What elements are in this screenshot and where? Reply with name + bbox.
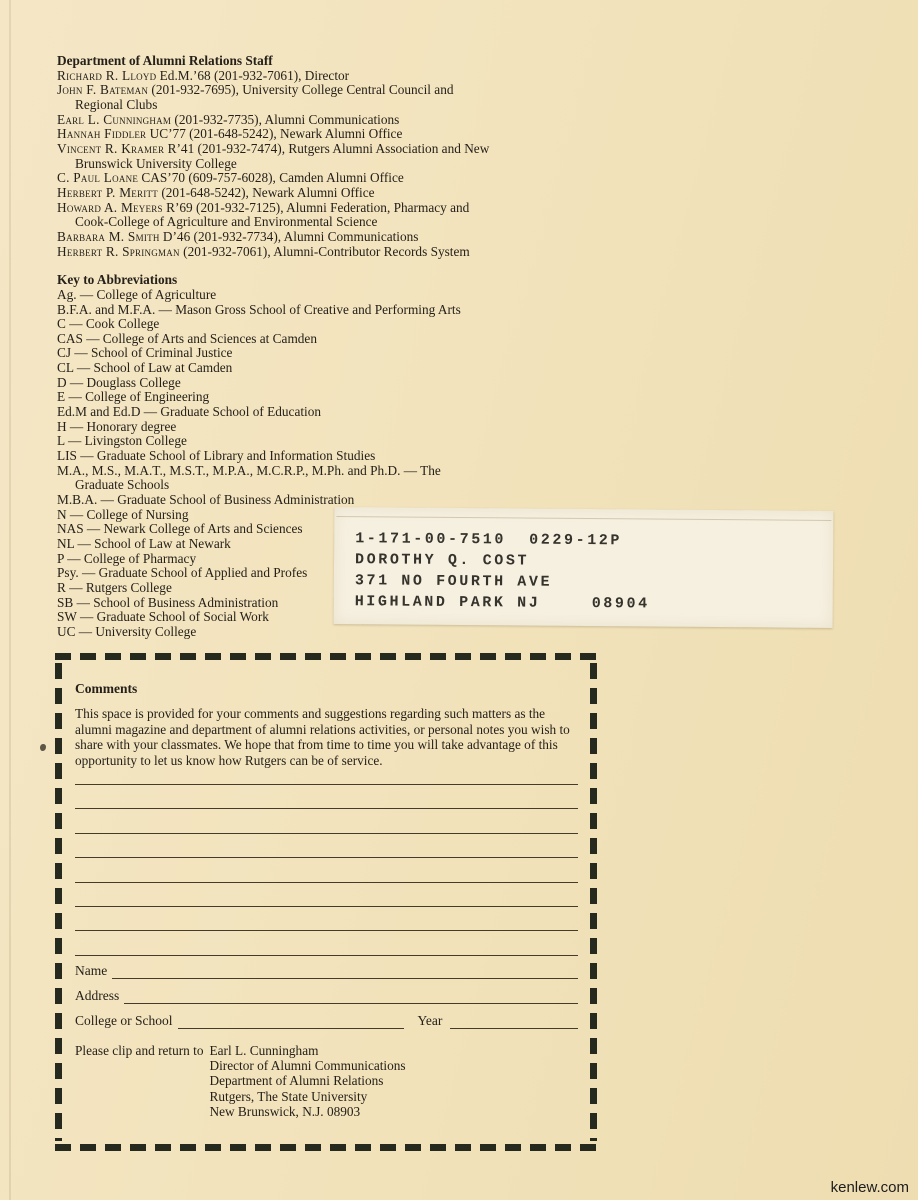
staff-entry-line: Herbert P. Meritt (201-648-5242), Newark…: [57, 186, 617, 201]
college-field-row: College or School Year: [75, 1011, 578, 1029]
address-label: Address: [75, 988, 124, 1004]
abbreviation-item: H — Honorary degree: [57, 420, 617, 435]
staff-detail: (201-648-5242), Newark Alumni Office: [158, 185, 375, 200]
comments-clip-box: Comments This space is provided for your…: [55, 653, 597, 1151]
return-address-line: Rutgers, The State University: [210, 1089, 406, 1104]
staff-detail: UC’77 (201-648-5242), Newark Alumni Offi…: [146, 126, 402, 141]
abbreviation-item: E — College of Engineering: [57, 390, 617, 405]
staff-name: Richard R. Lloyd: [57, 68, 156, 83]
abbreviation-item: LIS — Graduate School of Library and Inf…: [57, 449, 617, 464]
abbreviation-item: L — Livingston College: [57, 434, 617, 449]
staff-entry: Vincent R. Kramer R’41 (201-932-7474), R…: [57, 142, 617, 171]
staff-name: Herbert P. Meritt: [57, 185, 158, 200]
name-label: Name: [75, 963, 112, 979]
abbreviation-item: D — Douglass College: [57, 376, 617, 391]
abbreviation-item: M.B.A. — Graduate School of Business Adm…: [57, 493, 617, 508]
staff-entry: Howard A. Meyers R’69 (201-932-7125), Al…: [57, 201, 617, 230]
abbreviation-item: B.F.A. and M.F.A. — Mason Gross School o…: [57, 303, 617, 318]
year-label: Year: [418, 1013, 451, 1029]
staff-detail: (201-932-7735), Alumni Communications: [171, 112, 399, 127]
staff-entry-line: Hannah Fiddler UC’77 (201-648-5242), New…: [57, 127, 617, 142]
return-address-line: Director of Alumni Communications: [210, 1058, 406, 1073]
abbreviation-item: Ed.M and Ed.D — Graduate School of Educa…: [57, 405, 617, 420]
mailing-label-city: HIGHLAND PARK NJ: [355, 593, 541, 611]
address-blank-line: [124, 991, 578, 1004]
staff-entry-line: John F. Bateman (201-932-7695), Universi…: [57, 83, 617, 98]
return-address-lines: Earl L. CunninghamDirector of Alumni Com…: [210, 1043, 406, 1119]
staff-entry-line: Vincent R. Kramer R’41 (201-932-7474), R…: [57, 142, 617, 157]
document-page: { "staff": { "heading": "Department of A…: [0, 0, 918, 1200]
return-intro: Please clip and return to: [75, 1043, 210, 1119]
staff-heading: Department of Alumni Relations Staff: [57, 54, 617, 69]
staff-section: Department of Alumni Relations Staff Ric…: [57, 54, 617, 259]
comments-heading: Comments: [75, 681, 577, 697]
watermark: kenlew.com: [831, 1179, 909, 1196]
writing-line: [75, 784, 578, 785]
abbreviation-item: Ag. — College of Agriculture: [57, 288, 617, 303]
college-label: College or School: [75, 1013, 178, 1029]
staff-name: Herbert R. Springman: [57, 244, 180, 259]
name-blank-line: [112, 966, 578, 979]
staff-name: Howard A. Meyers: [57, 200, 163, 215]
abbreviation-item: M.A., M.S., M.A.T., M.S.T., M.P.A., M.C.…: [57, 464, 617, 479]
staff-entry-line: Howard A. Meyers R’69 (201-932-7125), Al…: [57, 201, 617, 216]
abbreviation-continuation: Graduate Schools: [57, 478, 617, 493]
scan-crease: [9, 0, 11, 1200]
staff-name: C. Paul Loane: [57, 170, 138, 185]
staff-entry-line: Earl L. Cunningham (201-932-7735), Alumn…: [57, 113, 617, 128]
scan-speck: [40, 744, 46, 751]
writing-line: [75, 833, 578, 834]
staff-name: Earl L. Cunningham: [57, 112, 171, 127]
staff-entry-line: Richard R. Lloyd Ed.M.’68 (201-932-7061)…: [57, 69, 617, 84]
staff-list: Richard R. Lloyd Ed.M.’68 (201-932-7061)…: [57, 69, 617, 260]
staff-name: John F. Bateman: [57, 82, 148, 97]
return-address-line: New Brunswick, N.J. 08903: [210, 1104, 406, 1119]
staff-entry-continuation: Cook-College of Agriculture and Environm…: [57, 215, 617, 230]
staff-entry: Barbara M. Smith D’46 (201-932-7734), Al…: [57, 230, 617, 245]
mailing-label-code-left: 1-171-00-7510: [355, 530, 506, 548]
return-address-line: Department of Alumni Relations: [210, 1073, 406, 1088]
comments-paragraph: This space is provided for your comments…: [75, 706, 582, 768]
staff-detail: CAS’70 (609-757-6028), Camden Alumni Off…: [138, 170, 404, 185]
staff-entry: Earl L. Cunningham (201-932-7735), Alumn…: [57, 113, 617, 128]
year-blank-line: [450, 1016, 578, 1029]
staff-detail: D’46 (201-932-7734), Alumni Communicatio…: [160, 229, 419, 244]
address-field-row: Address: [75, 986, 578, 1004]
return-address-line: Earl L. Cunningham: [210, 1043, 406, 1058]
staff-detail: (201-932-7695), University College Centr…: [148, 82, 453, 97]
staff-entry-continuation: Regional Clubs: [57, 98, 617, 113]
abbreviation-item: UC — University College: [57, 625, 617, 640]
name-field-row: Name: [75, 961, 578, 979]
staff-name: Hannah Fiddler: [57, 126, 146, 141]
abbreviation-item: CJ — School of Criminal Justice: [57, 346, 617, 361]
mailing-label-city-line: HIGHLAND PARK NJ 08904: [355, 593, 833, 618]
writing-line: [75, 808, 578, 809]
return-instructions: Please clip and return to Earl L. Cunnin…: [75, 1043, 406, 1119]
abbreviation-item: CAS — College of Arts and Sciences at Ca…: [57, 332, 617, 347]
mailing-label-code-right: 0229-12P: [529, 532, 622, 550]
writing-line: [75, 857, 578, 858]
staff-entry: Hannah Fiddler UC’77 (201-648-5242), New…: [57, 127, 617, 142]
staff-entry: Richard R. Lloyd Ed.M.’68 (201-932-7061)…: [57, 69, 617, 84]
staff-name: Barbara M. Smith: [57, 229, 160, 244]
staff-entry-line: C. Paul Loane CAS’70 (609-757-6028), Cam…: [57, 171, 617, 186]
staff-detail: Ed.M.’68 (201-932-7061), Director: [156, 68, 349, 83]
mailing-label: 1-171-00-7510 0229-12P DOROTHY Q. COST 3…: [334, 507, 834, 628]
staff-entry-continuation: Brunswick University College: [57, 157, 617, 172]
staff-detail: R’41 (201-932-7474), Rutgers Alumni Asso…: [164, 141, 489, 156]
staff-entry: C. Paul Loane CAS’70 (609-757-6028), Cam…: [57, 171, 617, 186]
staff-entry: Herbert R. Springman (201-932-7061), Alu…: [57, 245, 617, 260]
abbreviation-item: CL — School of Law at Camden: [57, 361, 617, 376]
staff-detail: (201-932-7061), Alumni-Contributor Recor…: [180, 244, 470, 259]
staff-entry-line: Barbara M. Smith D’46 (201-932-7734), Al…: [57, 230, 617, 245]
writing-line: [75, 930, 578, 931]
writing-line: [75, 906, 578, 907]
abbreviation-item: C — Cook College: [57, 317, 617, 332]
writing-line: [75, 882, 578, 883]
writing-line: [75, 955, 578, 956]
mailing-label-zip: 08904: [592, 595, 650, 612]
staff-entry: Herbert P. Meritt (201-648-5242), Newark…: [57, 186, 617, 201]
abbreviations-heading: Key to Abbreviations: [57, 273, 617, 288]
staff-entry-line: Herbert R. Springman (201-932-7061), Alu…: [57, 245, 617, 260]
staff-entry: John F. Bateman (201-932-7695), Universi…: [57, 83, 617, 112]
staff-name: Vincent R. Kramer: [57, 141, 164, 156]
college-blank-line: [178, 1016, 404, 1029]
staff-detail: R’69 (201-932-7125), Alumni Federation, …: [163, 200, 470, 215]
